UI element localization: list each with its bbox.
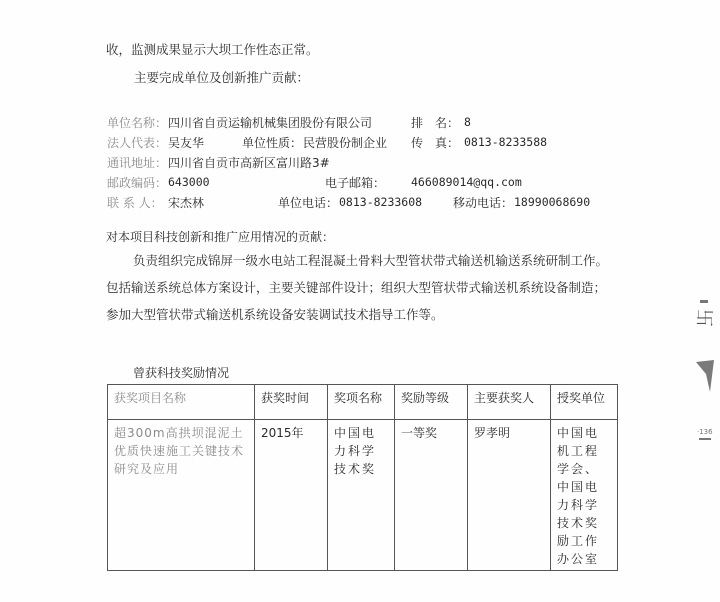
header-time: 获奖时间 — [255, 385, 328, 420]
header-winner: 主要获奖人 — [468, 385, 551, 420]
postcode-label: 邮政编码： — [107, 174, 167, 191]
nature-label: 单位性质： — [242, 134, 302, 151]
margin-number: ·136 — [697, 428, 713, 436]
margin-mark-bottom — [699, 438, 711, 440]
legal-rep-value: 吴友华 — [168, 134, 204, 151]
postcode-value: 643000 — [168, 175, 210, 189]
margin-triangle-icon — [696, 360, 714, 394]
cell-time: 2015年 — [255, 420, 328, 571]
table-header-row: 获奖项目名称 获奖时间 奖项名称 奖励等级 主要获奖人 授奖单位 — [108, 385, 618, 420]
awards-table: 获奖项目名称 获奖时间 奖项名称 奖励等级 主要获奖人 授奖单位 超300m高拱… — [107, 384, 618, 571]
header-project: 获奖项目名称 — [108, 385, 255, 420]
legal-rep-label: 法人代表： — [107, 134, 167, 151]
unit-name-value: 四川省自贡运输机械集团股份有限公司 — [168, 114, 372, 131]
cell-project: 超300m高拱坝混泥土优质快速施工关键技术研究及应用 — [108, 420, 255, 571]
contact-value: 宋杰林 — [168, 194, 204, 211]
contact-label: 联 系 人： — [107, 194, 163, 211]
email-label: 电子邮箱： — [325, 174, 385, 191]
nature-value: 民营股份制企业 — [303, 134, 387, 151]
header-level: 奖励等级 — [395, 385, 468, 420]
fax-label: 传 真： — [411, 134, 459, 151]
contribution-title: 对本项目科技创新和推广应用情况的贡献： — [106, 228, 334, 245]
address-label: 通讯地址： — [107, 154, 167, 171]
fax-value: 0813-8233588 — [464, 135, 547, 149]
contribution-line-2: 包括输送系统总体方案设计，主要关键部件设计；组织大型管状带式输送机系统设备制造； — [106, 278, 606, 296]
cell-level: 一等奖 — [395, 420, 468, 571]
rank-label: 排 名： — [411, 114, 459, 131]
header-award-name: 奖项名称 — [328, 385, 395, 420]
cell-winner: 罗孝明 — [468, 420, 551, 571]
table-row: 超300m高拱坝混泥土优质快速施工关键技术研究及应用 2015年 中国电力科学技… — [108, 420, 618, 571]
mobile-label: 移动电话： — [453, 194, 513, 211]
rank-value: 8 — [464, 115, 471, 129]
cell-award-name: 中国电力科学技术奖 — [328, 420, 395, 571]
margin-mark-top — [700, 300, 708, 303]
margin-glyph-icon: 卐 — [692, 309, 718, 327]
unit-name-label: 单位名称： — [107, 114, 167, 131]
address-value: 四川省自贡市高新区富川路3# — [168, 154, 330, 171]
header-grantor: 授奖单位 — [551, 385, 618, 420]
intro-line: 收，监测成果显示大坝工作性态正常。 — [106, 40, 319, 58]
contribution-line-3: 参加大型管状带式输送机系统设备安装调试技术指导工作等。 — [106, 305, 444, 323]
awards-title: 曾获科技奖励情况 — [133, 364, 229, 381]
mobile-value: 18990068690 — [514, 195, 590, 209]
section-units-title: 主要完成单位及创新推广贡献： — [134, 68, 309, 86]
unit-phone-label: 单位电话： — [278, 194, 338, 211]
unit-phone-value: 0813-8233608 — [339, 195, 422, 209]
contribution-line-1: 负责组织完成锦屏一级水电站工程混凝土骨料大型管状带式输送机输送系统研制工作。 — [133, 251, 608, 269]
email-value: 466089014@qq.com — [411, 175, 522, 189]
cell-grantor: 中国电机工程学会、中国电力科学技术奖励工作办公室 — [551, 420, 618, 571]
